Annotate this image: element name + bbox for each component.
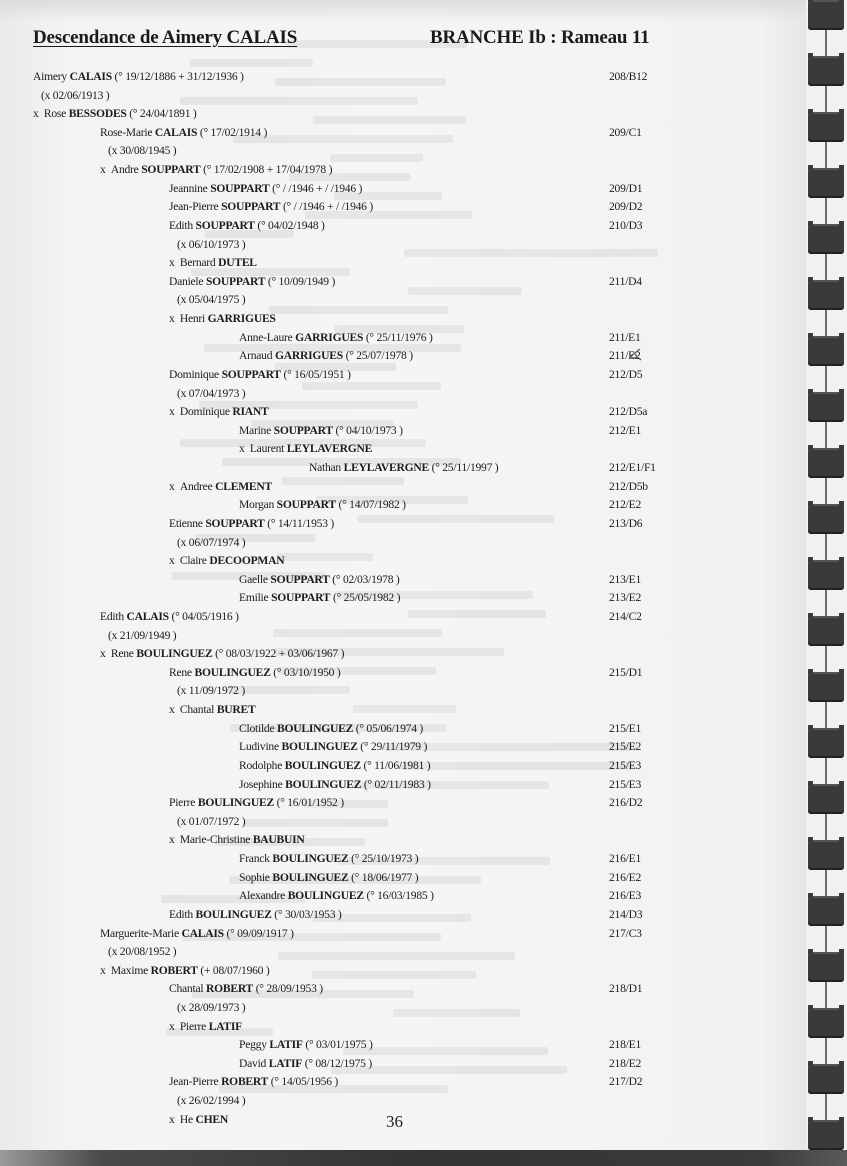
life-dates: (° 02/03/1978 ) <box>332 573 399 586</box>
marriage-date: (x 07/04/1973 ) <box>177 387 245 400</box>
given-name: Edith <box>169 219 193 232</box>
surname: SOUPPART <box>210 182 269 195</box>
life-dates: (° 18/06/1977 ) <box>351 871 418 884</box>
reference-code: 217/C3 <box>609 925 642 943</box>
given-name: Marie-Christine <box>180 833 250 846</box>
life-dates: (° 03/01/1975 ) <box>305 1038 372 1051</box>
spouse-entry: x Rene BOULINGUEZ (° 08/03/1922 + 03/06/… <box>100 645 344 663</box>
given-name: Dominique <box>169 368 219 381</box>
spouse-marker: x <box>169 312 180 325</box>
life-dates: (° 25/07/1978 ) <box>346 349 413 362</box>
surname: DUTEL <box>218 256 257 269</box>
binding-ring <box>808 840 844 870</box>
surname: CLEMENT <box>215 480 272 493</box>
spouse-entry: x He CHEN <box>169 1111 228 1129</box>
binding-ring <box>808 56 844 86</box>
person-entry: Arnaud GARRIGUES (° 25/07/1978 ) <box>239 347 413 365</box>
person-entry: Rene BOULINGUEZ (° 03/10/1950 ) <box>169 664 340 682</box>
reference-code: 211/D4 <box>609 273 642 291</box>
person-entry: Edith SOUPPART (° 04/02/1948 ) <box>169 217 325 235</box>
given-name: Marine <box>239 424 271 437</box>
reference-code: 209/D2 <box>609 198 642 216</box>
surname: SOUPPART <box>277 498 336 511</box>
life-dates: (° 25/10/1973 ) <box>351 852 418 865</box>
binding-ring <box>808 336 844 366</box>
surname: BOULINGUEZ <box>285 778 361 791</box>
surname: ROBERT <box>151 964 198 977</box>
person-entry: Daniele SOUPPART (° 10/09/1949 ) <box>169 273 335 291</box>
given-name: Daniele <box>169 275 203 288</box>
life-dates: (° 08/12/1975 ) <box>305 1057 372 1070</box>
binding-ring <box>808 896 844 926</box>
binding-ring <box>808 728 844 758</box>
surname: DECOOPMAN <box>209 554 284 567</box>
binding-ring <box>808 0 844 30</box>
given-name: Anne-Laure <box>239 331 293 344</box>
given-name: Josephine <box>239 778 282 791</box>
life-dates: (° / /1946 + / /1946 ) <box>272 182 362 195</box>
marriage-date-line: (x 26/02/1994 ) <box>177 1092 245 1110</box>
scanner-bottom-edge <box>0 1150 847 1166</box>
life-dates: (° 10/09/1949 ) <box>268 275 335 288</box>
reference-code: 215/E1 <box>609 720 641 738</box>
reference-code: 216/E2 <box>609 869 641 887</box>
person-entry: Nathan LEYLAVERGNE (° 25/11/1997 ) <box>309 459 498 477</box>
binding-ring <box>808 952 844 982</box>
given-name: Rodolphe <box>239 759 282 772</box>
life-dates: (° 24/04/1891 ) <box>129 107 196 120</box>
person-entry: Morgan SOUPPART (° 14/07/1982 ) <box>239 496 406 514</box>
marriage-date: (x 01/07/1972 ) <box>177 815 245 828</box>
binding-ring <box>808 1064 844 1094</box>
given-name: Dominique <box>180 405 230 418</box>
spouse-marker: x <box>33 107 44 120</box>
surname: LEYLAVERGNE <box>344 461 429 474</box>
spouse-entry: x Pierre LATIF <box>169 1018 242 1036</box>
page-top-shadow <box>0 0 806 22</box>
surname: LATIF <box>269 1057 302 1070</box>
life-dates: (° 05/06/1974 ) <box>356 722 423 735</box>
person-entry: Chantal ROBERT (° 28/09/1953 ) <box>169 980 323 998</box>
surname: BURET <box>217 703 256 716</box>
person-entry: Clotilde BOULINGUEZ (° 05/06/1974 ) <box>239 720 423 738</box>
spouse-entry: x Henri GARRIGUES <box>169 310 276 328</box>
spiral-binding <box>801 0 847 1166</box>
document-page: Descendance de Aimery CALAIS BRANCHE Ib … <box>0 0 806 1150</box>
life-dates: (° 16/05/1951 ) <box>283 368 350 381</box>
given-name: Sophie <box>239 871 270 884</box>
life-dates: (° 03/10/1950 ) <box>273 666 340 679</box>
surname: LATIF <box>269 1038 302 1051</box>
spouse-entry: x Andree CLEMENT <box>169 478 272 496</box>
person-entry: Alexandre BOULINGUEZ (° 16/03/1985 ) <box>239 887 434 905</box>
marriage-date-line: (x 28/09/1973 ) <box>177 999 245 1017</box>
given-name: Morgan <box>239 498 274 511</box>
reference-code: 213/D6 <box>609 515 642 533</box>
reference-code: 209/D1 <box>609 180 642 198</box>
binding-ring <box>808 784 844 814</box>
life-dates: (° 30/03/1953 ) <box>274 908 341 921</box>
surname: SOUPPART <box>141 163 200 176</box>
binding-ring <box>808 1120 844 1150</box>
given-name: Pierre <box>169 796 195 809</box>
marriage-date: (x 05/04/1975 ) <box>177 293 245 306</box>
person-entry: Franck BOULINGUEZ (° 25/10/1973 ) <box>239 850 418 868</box>
surname: LEYLAVERGNE <box>287 442 372 455</box>
binding-ring <box>808 448 844 478</box>
marriage-date-line: (x 20/08/1952 ) <box>108 943 176 961</box>
surname: BOULINGUEZ <box>282 740 358 753</box>
marriage-date: (x 26/02/1994 ) <box>177 1094 245 1107</box>
life-dates: (° 04/05/1916 ) <box>172 610 239 623</box>
surname: SOUPPART <box>222 368 281 381</box>
binding-ring <box>808 112 844 142</box>
person-entry: Marguerite-Marie CALAIS (° 09/09/1917 ) <box>100 925 294 943</box>
given-name: Jeannine <box>169 182 208 195</box>
marriage-date: (x 11/09/1972 ) <box>177 684 245 697</box>
binding-ring <box>808 224 844 254</box>
surname: SOUPPART <box>274 424 333 437</box>
person-entry: Aimery CALAIS (° 19/12/1886 + 31/12/1936… <box>33 68 244 86</box>
life-dates: (+ 08/07/1960 ) <box>200 964 269 977</box>
person-entry: Gaelle SOUPPART (° 02/03/1978 ) <box>239 571 400 589</box>
life-dates: (° 02/11/1983 ) <box>364 778 431 791</box>
life-dates: (° 14/05/1956 ) <box>271 1075 338 1088</box>
binding-ring <box>808 672 844 702</box>
surname: GARRIGUES <box>275 349 343 362</box>
surname: BOULINGUEZ <box>196 908 272 921</box>
page-number: 36 <box>386 1112 403 1132</box>
surname: CALAIS <box>182 927 224 940</box>
surname: SOUPPART <box>196 219 255 232</box>
spouse-marker: x <box>169 1113 180 1126</box>
person-entry: Jean-Pierre ROBERT (° 14/05/1956 ) <box>169 1073 338 1091</box>
person-entry: Jean-Pierre SOUPPART (° / /1946 + / /194… <box>169 198 373 216</box>
surname: ROBERT <box>206 982 253 995</box>
spouse-entry: x Rose BESSODES (° 24/04/1891 ) <box>33 105 197 123</box>
person-entry: Edith BOULINGUEZ (° 30/03/1953 ) <box>169 906 342 924</box>
reference-code: 215/D1 <box>609 664 642 682</box>
life-dates: (° 17/02/1908 + 17/04/1978 ) <box>203 163 332 176</box>
surname: BOULINGUEZ <box>272 852 348 865</box>
surname: CHEN <box>196 1113 229 1126</box>
given-name: Marguerite-Marie <box>100 927 179 940</box>
given-name: Chantal <box>169 982 203 995</box>
person-entry: Etienne SOUPPART (° 14/11/1953 ) <box>169 515 334 533</box>
given-name: Nathan <box>309 461 341 474</box>
marriage-date-line: (x 30/08/1945 ) <box>108 142 176 160</box>
life-dates: (° / /1946 + / /1946 ) <box>283 200 373 213</box>
spouse-marker: x <box>169 480 180 493</box>
reference-code: 212/E1/F1 <box>609 459 656 477</box>
spouse-marker: x <box>169 256 180 269</box>
surname: CALAIS <box>155 126 197 139</box>
marriage-date: (x 20/08/1952 ) <box>108 945 176 958</box>
reference-code: 212/E1 <box>609 422 641 440</box>
given-name: Chantal <box>180 703 214 716</box>
given-name: Bernard <box>180 256 216 269</box>
given-name: Alexandre <box>239 889 285 902</box>
binding-ring <box>808 560 844 590</box>
person-entry: Rose-Marie CALAIS (° 17/02/1914 ) <box>100 124 267 142</box>
given-name: Clotilde <box>239 722 274 735</box>
life-dates: (° 25/11/1997 ) <box>432 461 499 474</box>
binding-ring <box>808 168 844 198</box>
given-name: Arnaud <box>239 349 272 362</box>
life-dates: (° 28/09/1953 ) <box>256 982 323 995</box>
surname: SOUPPART <box>271 591 330 604</box>
surname: RIANT <box>232 405 268 418</box>
person-entry: Edith CALAIS (° 04/05/1916 ) <box>100 608 239 626</box>
reference-code: 218/E1 <box>609 1036 641 1054</box>
spouse-entry: x Bernard DUTEL <box>169 254 257 272</box>
surname: BOULINGUEZ <box>194 666 270 679</box>
reference-code: 212/D5b <box>609 478 648 496</box>
life-dates: (° 14/11/1953 ) <box>267 517 334 530</box>
life-dates: (° 19/12/1886 + 31/12/1936 ) <box>115 70 244 83</box>
life-dates: (° 08/03/1922 + 03/06/1967 ) <box>215 647 344 660</box>
spouse-entry: x Laurent LEYLAVERGNE <box>239 440 372 458</box>
surname: GARRIGUES <box>208 312 276 325</box>
person-entry: Anne-Laure GARRIGUES (° 25/11/1976 ) <box>239 329 433 347</box>
person-entry: Ludivine BOULINGUEZ (° 29/11/1979 ) <box>239 738 427 756</box>
reference-code: 218/D1 <box>609 980 642 998</box>
person-entry: Josephine BOULINGUEZ (° 02/11/1983 ) <box>239 776 431 794</box>
spouse-marker: x <box>169 1020 180 1033</box>
life-dates: (° 14/07/1982 ) <box>339 498 406 511</box>
marriage-date: (x 28/09/1973 ) <box>177 1001 245 1014</box>
given-name: Laurent <box>250 442 284 455</box>
marriage-date: (x 30/08/1945 ) <box>108 144 176 157</box>
reference-code: 215/E2 <box>609 738 641 756</box>
reference-code: 213/E1 <box>609 571 641 589</box>
document-title: Descendance de Aimery CALAIS <box>33 27 297 49</box>
spouse-marker: x <box>100 647 111 660</box>
reference-code: 214/C2 <box>609 608 642 626</box>
reference-code: 212/D5 <box>609 366 642 384</box>
surname: SOUPPART <box>270 573 329 586</box>
surname: LATIF <box>209 1020 242 1033</box>
marriage-date: (x 06/10/1973 ) <box>177 238 245 251</box>
person-entry: Dominique SOUPPART (° 16/05/1951 ) <box>169 366 351 384</box>
spouse-marker: x <box>169 554 180 567</box>
marriage-date: (x 02/06/1913 ) <box>41 89 109 102</box>
person-entry: Sophie BOULINGUEZ (° 18/06/1977 ) <box>239 869 418 887</box>
surname: BESSODES <box>69 107 127 120</box>
given-name: Peggy <box>239 1038 267 1051</box>
binding-ring <box>808 616 844 646</box>
given-name: Rose <box>44 107 66 120</box>
life-dates: (° 04/02/1948 ) <box>257 219 324 232</box>
surname: SOUPPART <box>206 275 265 288</box>
spouse-entry: x Claire DECOOPMAN <box>169 552 284 570</box>
marriage-date-line: (x 21/09/1949 ) <box>108 627 176 645</box>
given-name: Jean-Pierre <box>169 1075 218 1088</box>
reference-code: 208/B12 <box>609 68 647 86</box>
surname: CALAIS <box>70 70 112 83</box>
life-dates: (° 09/09/1917 ) <box>226 927 293 940</box>
spouse-entry: x Chantal BURET <box>169 701 256 719</box>
spouse-entry: x Andre SOUPPART (° 17/02/1908 + 17/04/1… <box>100 161 332 179</box>
reference-code: 211/E2 <box>609 347 641 365</box>
spouse-entry: x Maxime ROBERT (+ 08/07/1960 ) <box>100 962 269 980</box>
surname: SOUPPART <box>221 200 280 213</box>
spouse-entry: x Marie-Christine BAUBUIN <box>169 831 305 849</box>
branch-heading: BRANCHE Ib : Rameau 11 <box>430 27 649 49</box>
surname: BOULINGUEZ <box>198 796 274 809</box>
life-dates: (° 04/10/1973 ) <box>336 424 403 437</box>
marriage-date: (x 21/09/1949 ) <box>108 629 176 642</box>
reference-code: 213/E2 <box>609 589 641 607</box>
given-name: Claire <box>180 554 207 567</box>
binding-ring <box>808 1008 844 1038</box>
marriage-date-line: (x 11/09/1972 ) <box>177 682 245 700</box>
life-dates: (° 16/03/1985 ) <box>366 889 433 902</box>
life-dates: (° 29/11/1979 ) <box>360 740 427 753</box>
given-name: Franck <box>239 852 270 865</box>
given-name: Gaelle <box>239 573 268 586</box>
given-name: Jean-Pierre <box>169 200 218 213</box>
reference-code: 210/D3 <box>609 217 642 235</box>
reference-code: 209/C1 <box>609 124 642 142</box>
person-entry: Pierre BOULINGUEZ (° 16/01/1952 ) <box>169 794 344 812</box>
given-name: He <box>180 1113 193 1126</box>
reference-code: 215/E3 <box>609 776 641 794</box>
spouse-marker: x <box>100 163 111 176</box>
marriage-date-line: (x 06/07/1974 ) <box>177 534 245 552</box>
surname: GARRIGUES <box>295 331 363 344</box>
reference-code: 216/D2 <box>609 794 642 812</box>
spouse-entry: x Dominique RIANT <box>169 403 269 421</box>
surname: BOULINGUEZ <box>288 889 364 902</box>
life-dates: (° 25/05/1982 ) <box>333 591 400 604</box>
surname: ROBERT <box>221 1075 268 1088</box>
marriage-date-line: (x 06/10/1973 ) <box>177 236 245 254</box>
reference-code: 216/E1 <box>609 850 641 868</box>
reference-code: 211/E1 <box>609 329 641 347</box>
given-name: Rene <box>169 666 192 679</box>
reference-code: 217/D2 <box>609 1073 642 1091</box>
surname: BOULINGUEZ <box>136 647 212 660</box>
given-name: Maxime <box>111 964 148 977</box>
given-name: Etienne <box>169 517 203 530</box>
given-name: Andree <box>180 480 213 493</box>
given-name: Rene <box>111 647 134 660</box>
marriage-date-line: (x 07/04/1973 ) <box>177 385 245 403</box>
marriage-date-line: (x 01/07/1972 ) <box>177 813 245 831</box>
person-entry: Jeannine SOUPPART (° / /1946 + / /1946 ) <box>169 180 362 198</box>
reference-code: 212/E2 <box>609 496 641 514</box>
surname: BOULINGUEZ <box>285 759 361 772</box>
surname: SOUPPART <box>205 517 264 530</box>
given-name: Henri <box>180 312 205 325</box>
life-dates: (° 17/02/1914 ) <box>200 126 267 139</box>
spouse-marker: x <box>169 703 180 716</box>
given-name: Ludivine <box>239 740 279 753</box>
reference-code: 215/E3 <box>609 757 641 775</box>
life-dates: (° 25/11/1976 ) <box>366 331 433 344</box>
given-name: Edith <box>100 610 124 623</box>
person-entry: David LATIF (° 08/12/1975 ) <box>239 1055 372 1073</box>
given-name: Pierre <box>180 1020 206 1033</box>
given-name: David <box>239 1057 266 1070</box>
spouse-marker: x <box>239 442 250 455</box>
life-dates: (° 11/06/1981 ) <box>364 759 431 772</box>
given-name: Edith <box>169 908 193 921</box>
person-entry: Marine SOUPPART (° 04/10/1973 ) <box>239 422 403 440</box>
surname: CALAIS <box>127 610 169 623</box>
person-entry: Peggy LATIF (° 03/01/1975 ) <box>239 1036 373 1054</box>
spouse-marker: x <box>100 964 111 977</box>
given-name: Andre <box>111 163 139 176</box>
reference-code: 218/E2 <box>609 1055 641 1073</box>
person-entry: Rodolphe BOULINGUEZ (° 11/06/1981 ) <box>239 757 430 775</box>
life-dates: (° 16/01/1952 ) <box>277 796 344 809</box>
surname: BOULINGUEZ <box>272 871 348 884</box>
given-name: Rose-Marie <box>100 126 152 139</box>
spouse-marker: x <box>169 405 180 418</box>
given-name: Aimery <box>33 70 67 83</box>
surname: BAUBUIN <box>253 833 305 846</box>
marriage-date-line: (x 02/06/1913 ) <box>41 87 109 105</box>
reference-code: 214/D3 <box>609 906 642 924</box>
person-entry: Emilie SOUPPART (° 25/05/1982 ) <box>239 589 400 607</box>
marriage-date: (x 06/07/1974 ) <box>177 536 245 549</box>
marriage-date-line: (x 05/04/1975 ) <box>177 291 245 309</box>
surname: BOULINGUEZ <box>277 722 353 735</box>
binding-ring <box>808 280 844 310</box>
reference-code: 216/E3 <box>609 887 641 905</box>
given-name: Emilie <box>239 591 268 604</box>
binding-ring <box>808 504 844 534</box>
spouse-marker: x <box>169 833 180 846</box>
reference-code: 212/D5a <box>609 403 647 421</box>
binding-ring <box>808 392 844 422</box>
